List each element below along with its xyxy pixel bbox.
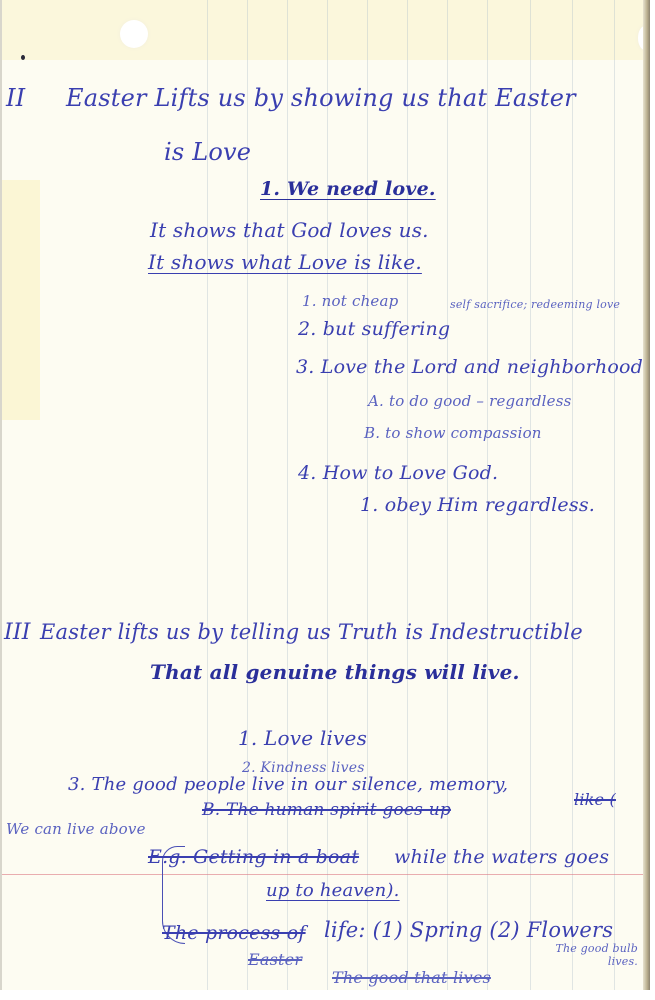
outline-item: 1. Love lives <box>238 726 367 750</box>
ruling-line <box>614 0 615 1000</box>
struck-line: E.g. Getting in a boat <box>148 846 359 868</box>
punch-hole <box>120 20 148 48</box>
struck-word: The process of <box>162 922 306 944</box>
outline-line: while the waters goes <box>394 846 609 868</box>
outline-line: It shows that God loves us. <box>150 218 429 242</box>
outline-subpoint: 4. How to Love God. <box>298 462 498 484</box>
section-heading: Easter Lifts us by showing us that Easte… <box>66 84 576 112</box>
scan-border <box>0 990 655 1000</box>
outline-subsubpoint: B. to show compassion <box>364 424 542 442</box>
outline-line: up to heaven). <box>266 880 400 901</box>
outline-subpoint: 3. Love the Lord and neighborhood <box>296 356 643 378</box>
outline-line: It shows what Love is like. <box>148 250 422 274</box>
paper-stain <box>2 180 40 420</box>
section-heading-cont: is Love <box>164 138 251 166</box>
outline-item: 3. The good people live in our silence, … <box>68 774 508 795</box>
insert-note: self sacrifice; redeeming love <box>450 298 620 311</box>
margin-line <box>2 874 650 875</box>
outline-line: life: (1) Spring (2) Flowers <box>324 918 613 942</box>
page-edge <box>643 0 650 1000</box>
struck-word: Easter <box>248 950 302 969</box>
outline-subpoint: 2. but suffering <box>298 318 450 340</box>
side-note: The good bulb lives. <box>538 942 638 968</box>
section-heading-cont: That all genuine things will live. <box>150 660 520 684</box>
section-heading: Easter lifts us by telling us Truth is I… <box>40 620 583 644</box>
struck-line: The good that lives <box>332 968 491 987</box>
ink-dot <box>21 55 25 60</box>
struck-word: like ( <box>574 790 616 809</box>
margin-note: We can live above <box>6 820 146 838</box>
struck-line: B. The human spirit goes up <box>202 800 451 820</box>
section-numeral: III <box>4 620 31 645</box>
outline-subsubpoint: A. to do good – regardless <box>368 392 572 410</box>
outline-subpoint: 1. not cheap <box>302 292 398 310</box>
outline-subsubpoint: 1. obey Him regardless. <box>360 494 595 516</box>
section-numeral: II <box>6 84 25 112</box>
outline-point: 1. We need love. <box>260 178 436 200</box>
notebook-page: II Easter Lifts us by showing us that Ea… <box>0 0 650 1000</box>
paper-tint-top <box>2 0 650 60</box>
